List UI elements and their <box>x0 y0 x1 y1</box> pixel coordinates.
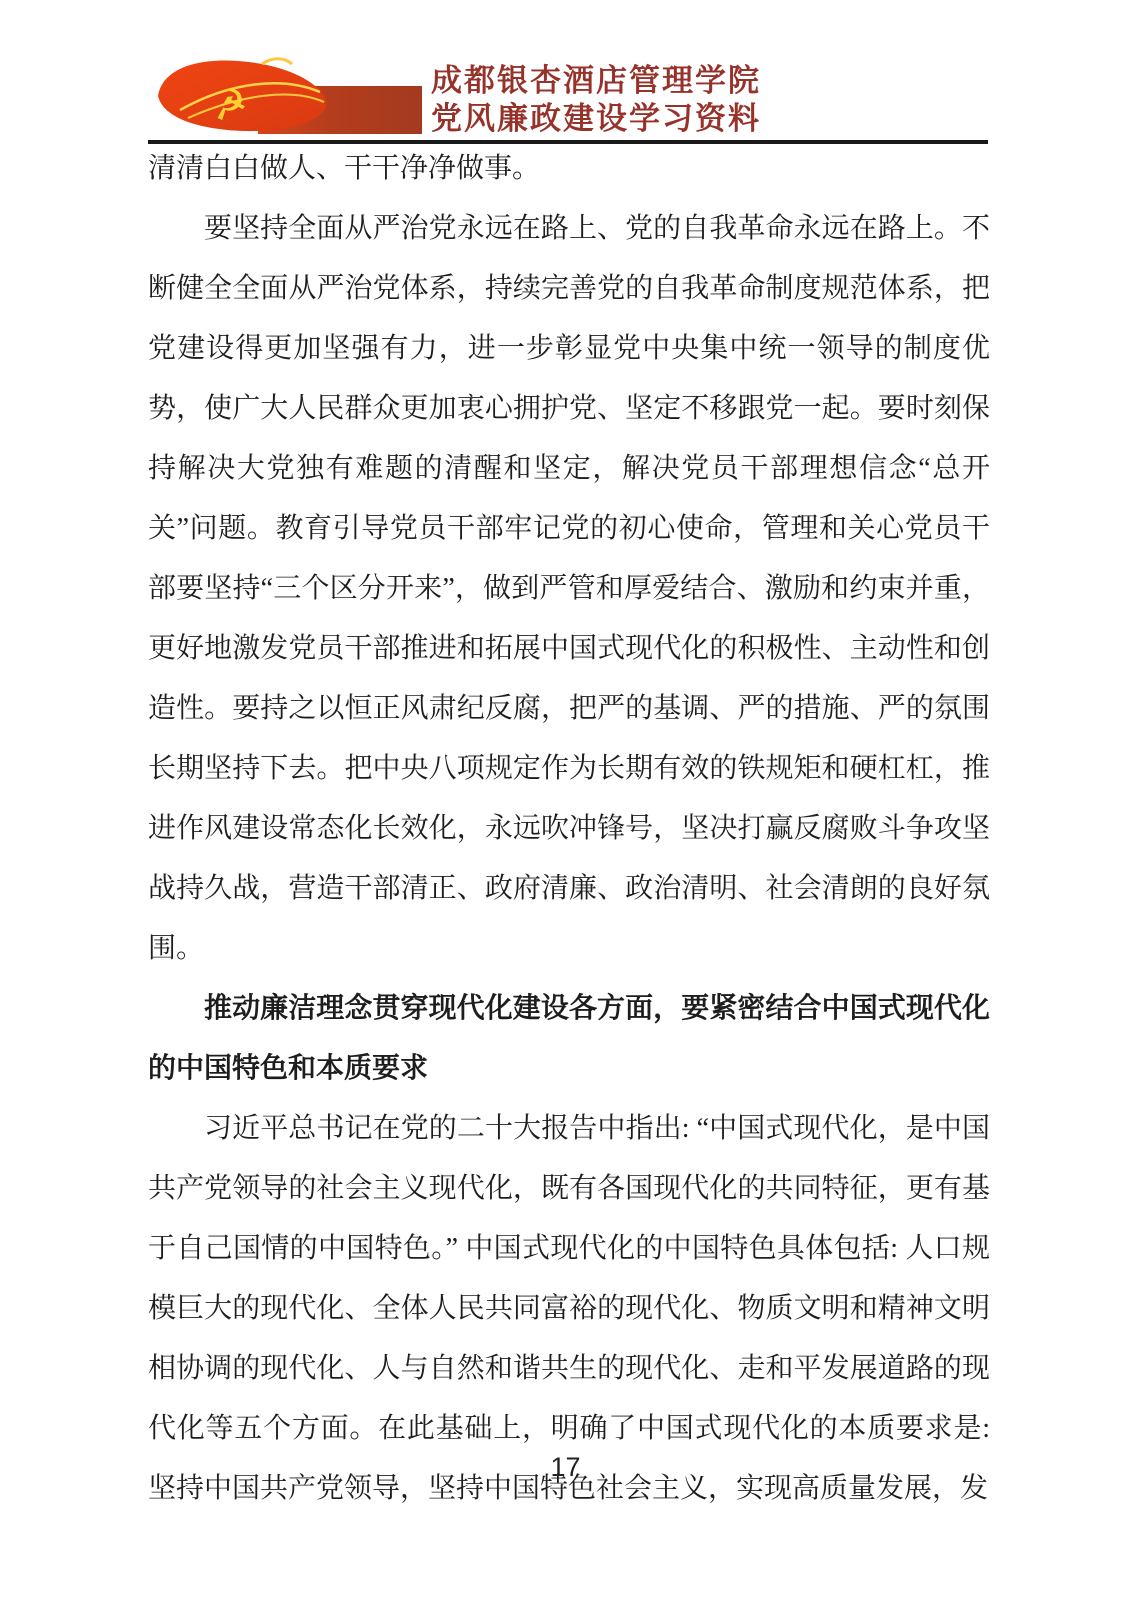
header-title-line2: 党风廉政建设学习资料 <box>431 100 761 138</box>
document-page: ☭ 成都银杏酒店管理学院 党风廉政建设学习资料 清清白白做人、干干净净做事。 要… <box>0 0 1131 1600</box>
party-flag-icon: ☭ <box>150 56 422 136</box>
document-body: 清清白白做人、干干净净做事。 要坚持全面从严治党永远在路上、党的自我革命永远在路… <box>148 139 990 1519</box>
header-titles: 成都银杏酒店管理学院 党风廉政建设学习资料 <box>431 62 761 138</box>
body-paragraph: 清清白白做人、干干净净做事。 <box>148 139 990 199</box>
page-number: 17 <box>0 1452 1131 1483</box>
header-title-line1: 成都银杏酒店管理学院 <box>431 62 761 100</box>
section-heading: 推动廉洁理念贯穿现代化建设各方面，要紧密结合中国式现代化的中国特色和本质要求 <box>148 979 990 1099</box>
party-flag-logo: ☭ <box>150 56 422 136</box>
flag-spark <box>262 59 292 64</box>
body-paragraph: 要坚持全面从严治党永远在路上、党的自我革命永远在路上。不断健全全面从严治党体系，… <box>148 199 990 979</box>
